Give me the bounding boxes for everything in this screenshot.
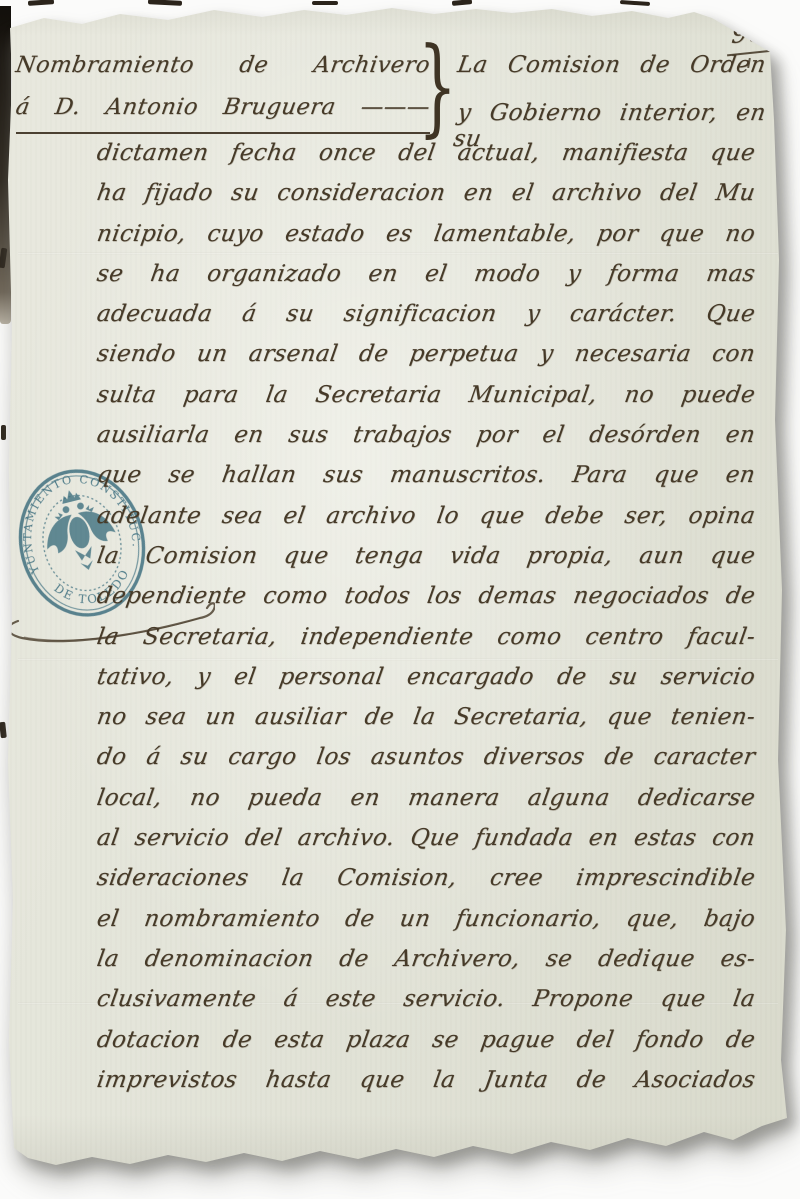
text-line: la denominacion de Archivero, se dedique… <box>93 946 757 986</box>
text-line: ha fijado su consideracion en el archivo… <box>93 180 757 220</box>
text-line: al servicio del archivo. Que fundada en … <box>93 825 757 865</box>
text-line: clusivamente á este servicio. Propone qu… <box>93 986 757 1026</box>
text-line: dotacion de esta plaza se pague del fond… <box>93 1027 757 1067</box>
text-line: siendo un arsenal de perpetua y necesari… <box>93 341 757 381</box>
brace-glyph: } <box>418 34 457 140</box>
text-line: nicipio, cuyo estado es lamentable, por … <box>93 221 757 261</box>
intro-column: La Comision de Ordeny Gobierno interior,… <box>456 52 764 148</box>
text-line: sideraciones la Comision, cree imprescin… <box>93 865 757 905</box>
heading-line-1: Nombramiento de Archivero <box>13 44 434 86</box>
text-line: adelante sea el archivo lo que debe ser,… <box>93 503 757 543</box>
text-line: no sea un ausiliar de la Secretaria, que… <box>93 704 757 744</box>
text-line: adecuada á su significacion y carácter. … <box>93 301 757 341</box>
text-line: que se hallan sus manuscritos. Para que … <box>93 462 757 502</box>
text-line: dictamen fecha once del actual, manifies… <box>93 140 757 180</box>
text-line: La Comision de Orden <box>452 52 768 100</box>
text-line: sulta para la Secretaria Municipal, no p… <box>93 382 757 422</box>
paper-shadow: 99. Nombramiento de Archivero á D. Anton… <box>0 0 800 1199</box>
entry-heading: Nombramiento de Archivero á D. Antonio B… <box>16 44 430 134</box>
text-line: local, no pueda en manera alguna dedicar… <box>93 785 757 825</box>
manuscript-page: 99. Nombramiento de Archivero á D. Anton… <box>0 0 800 1199</box>
text-line: el nombramiento de un funcionario, que, … <box>93 906 757 946</box>
text-line: se ha organizado en el modo y forma mas <box>93 261 757 301</box>
heading-line-2: á D. Antonio Bruguera ——— <box>13 86 434 128</box>
ink-flourish <box>0 596 215 660</box>
text-line: imprevistos hasta que la Junta de Asocia… <box>93 1067 757 1107</box>
scan-canvas: 99. Nombramiento de Archivero á D. Anton… <box>0 0 800 1199</box>
text-line: tativo, y el personal encargado de su se… <box>93 664 757 704</box>
page-number: 99. <box>725 15 785 50</box>
text-line: la Comision que tenga vida propia, aun q… <box>93 543 757 583</box>
text-line: ausiliarla en sus trabajos por el desórd… <box>93 422 757 462</box>
text-line: do á su cargo los asuntos diversos de ca… <box>93 744 757 784</box>
